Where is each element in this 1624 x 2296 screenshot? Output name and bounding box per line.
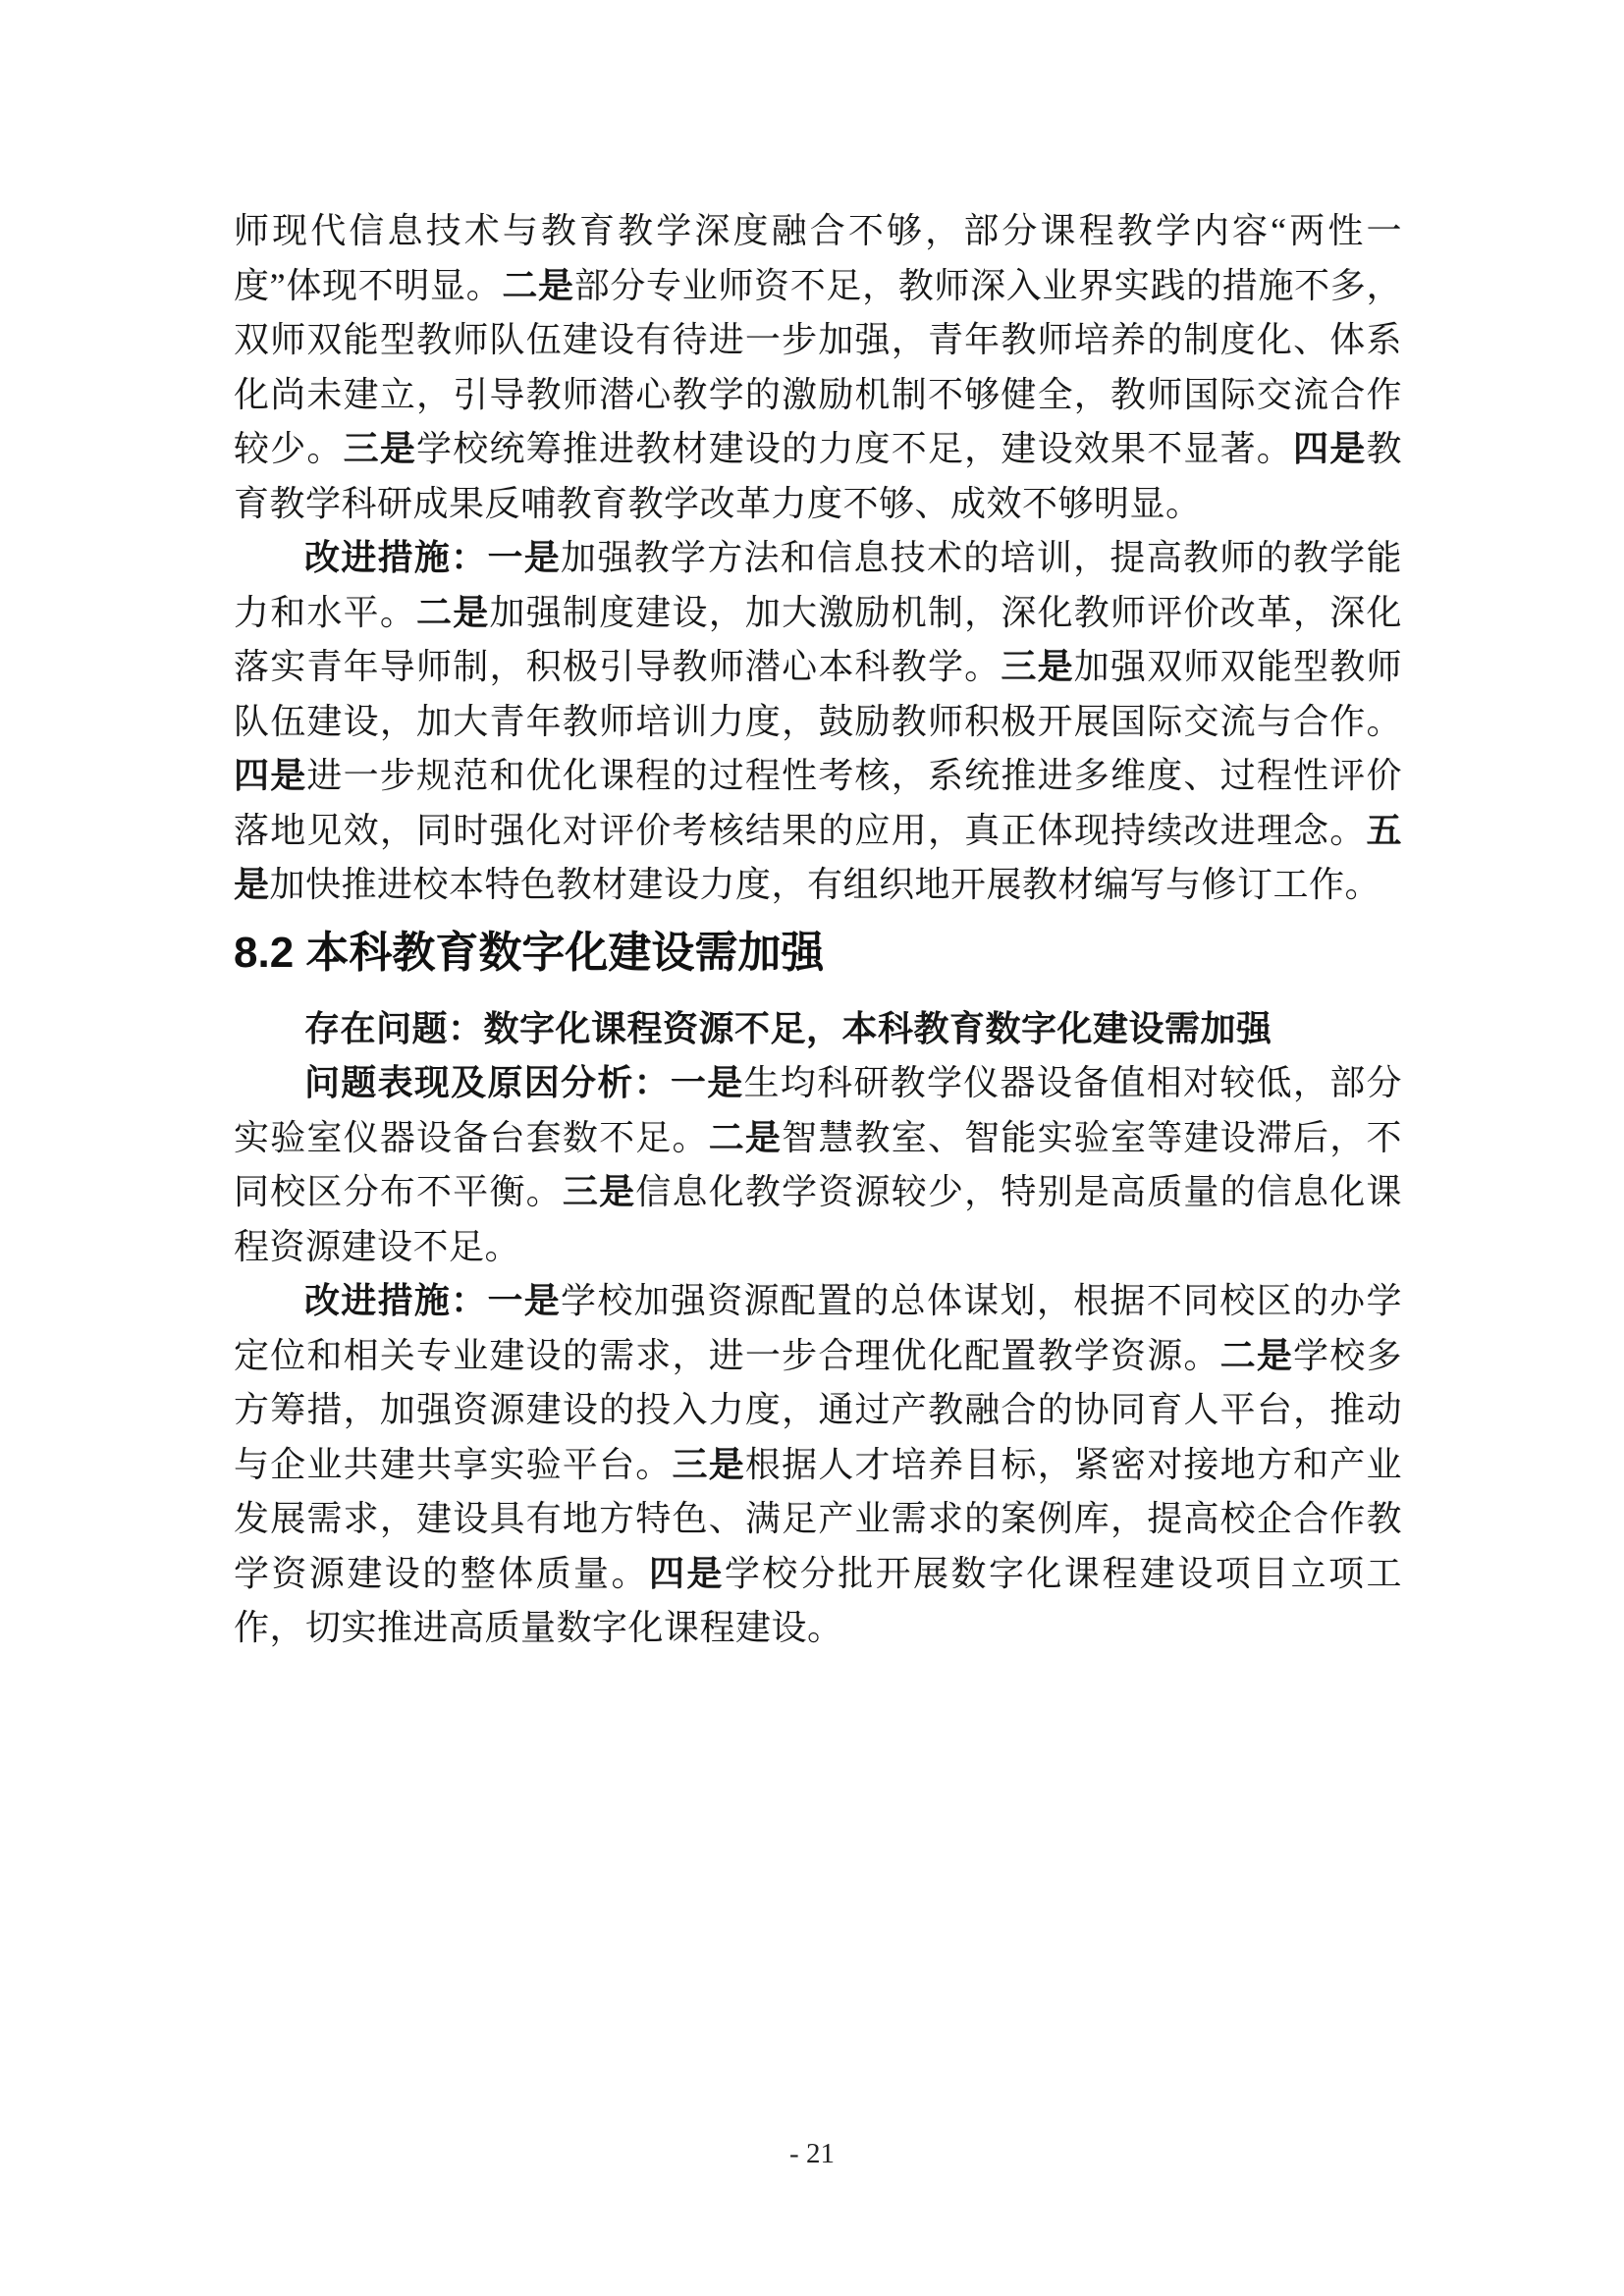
page-number: - 21 bbox=[0, 2134, 1624, 2173]
body-paragraph-problem-analysis: 问题表现及原因分析：一是生均科研教学仪器设备值相对较低，部分实验室仪器设备台套数… bbox=[234, 1056, 1402, 1274]
bold-text-run: 二是 bbox=[1220, 1336, 1293, 1375]
text-block: 师现代信息技术与教育教学深度融合不够，部分课程教学内容“两性一度”体现不明显。二… bbox=[234, 204, 1402, 1656]
bold-text-run: 四是 bbox=[234, 756, 306, 795]
bold-text-run: 存在问题：数字化课程资源不足，本科教育数字化建设需加强 bbox=[304, 1009, 1272, 1048]
body-paragraph-existing-problem: 存在问题：数字化课程资源不足，本科教育数字化建设需加强 bbox=[234, 1002, 1402, 1057]
text-run: 进一步规范和优化课程的过程性考核，系统推进多维度、过程性评价落地见效，同时强化对… bbox=[234, 756, 1402, 850]
body-paragraph-teacher-problems-continued: 师现代信息技术与教育教学深度融合不够，部分课程教学内容“两性一度”体现不明显。二… bbox=[234, 204, 1402, 531]
bold-text-run: 改进措施：一是 bbox=[304, 538, 561, 577]
bold-text-run: 三是 bbox=[673, 1445, 745, 1484]
bold-text-run: 四是 bbox=[649, 1554, 725, 1593]
bold-text-run: 三是 bbox=[344, 429, 416, 468]
text-run: 学校统筹推进教材建设的力度不足，建设效果不显著。 bbox=[416, 429, 1293, 468]
bold-text-run: 二是 bbox=[416, 593, 489, 632]
bold-text-run: 二是 bbox=[709, 1118, 782, 1157]
document-page: 师现代信息技术与教育教学深度融合不够，部分课程教学内容“两性一度”体现不明显。二… bbox=[0, 0, 1624, 2296]
bold-text-run: 四是 bbox=[1293, 429, 1366, 468]
section-heading-8-2: 8.2 本科教育数字化建设需加强 bbox=[234, 924, 1402, 983]
bold-text-run: 二是 bbox=[502, 266, 573, 305]
bold-text-run: 三是 bbox=[1001, 647, 1073, 686]
bold-text-run: 改进措施：一是 bbox=[304, 1281, 561, 1320]
body-paragraph-improvement-measures-1: 改进措施：一是加强教学方法和信息技术的培训，提高教师的教学能力和水平。二是加强制… bbox=[234, 531, 1402, 913]
text-run: 加快推进校本特色教材建设力度，有组织地开展教材编写与修订工作。 bbox=[270, 865, 1381, 904]
body-paragraph-improvement-measures-2: 改进措施：一是学校加强资源配置的总体谋划，根据不同校区的办学定位和相关专业建设的… bbox=[234, 1274, 1402, 1656]
bold-text-run: 三是 bbox=[563, 1172, 635, 1211]
bold-text-run: 问题表现及原因分析：一是 bbox=[304, 1063, 744, 1102]
